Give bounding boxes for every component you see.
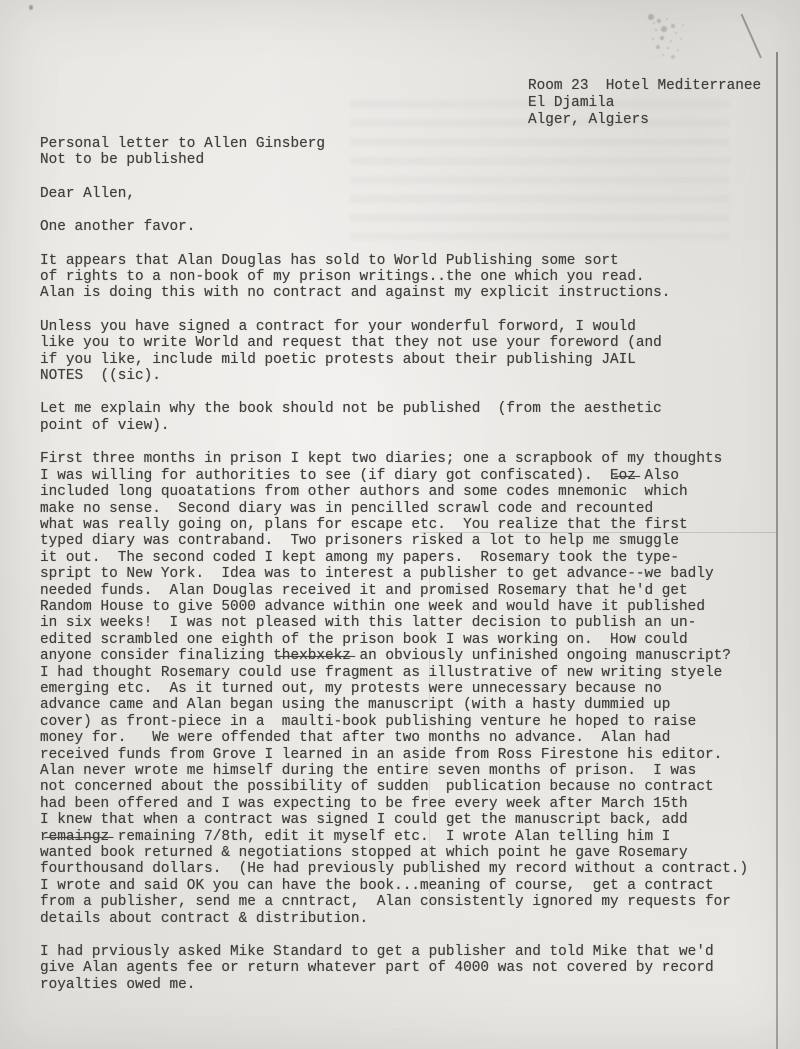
salutation: Dear Allen, (40, 186, 775, 202)
pen-scribble-mark (648, 14, 654, 20)
paragraph-foreword-request: Unless you have signed a contract for yo… (40, 319, 775, 385)
page-edge-line (776, 52, 778, 1049)
paragraph-world-publishing: It appears that Alan Douglas has sold to… (40, 253, 775, 302)
paragraph-mike-standard: I had prviously asked Mike Standard to g… (40, 944, 775, 993)
return-address: Room 23 Hotel Mediterranee El Djamila Al… (528, 78, 761, 129)
address-line-district: El Djamila (528, 95, 761, 112)
address-line-city: Alger, Algiers (528, 112, 761, 129)
scanned-letter-page: Room 23 Hotel Mediterranee El Djamila Al… (0, 0, 800, 1049)
page-edge-line-top (741, 14, 762, 59)
paragraph-explain-intro: Let me explain why the book should not b… (40, 401, 775, 434)
ink-speck (29, 5, 33, 10)
privacy-note: Personal letter to Allen Ginsberg Not to… (40, 136, 775, 169)
opening-line: One another favor. (40, 219, 775, 235)
letter-body: Personal letter to Allen Ginsberg Not to… (40, 136, 775, 993)
address-line-room: Room 23 Hotel Mediterranee (528, 78, 761, 95)
paragraph-prison-diaries: First three months in prison I kept two … (40, 451, 775, 927)
